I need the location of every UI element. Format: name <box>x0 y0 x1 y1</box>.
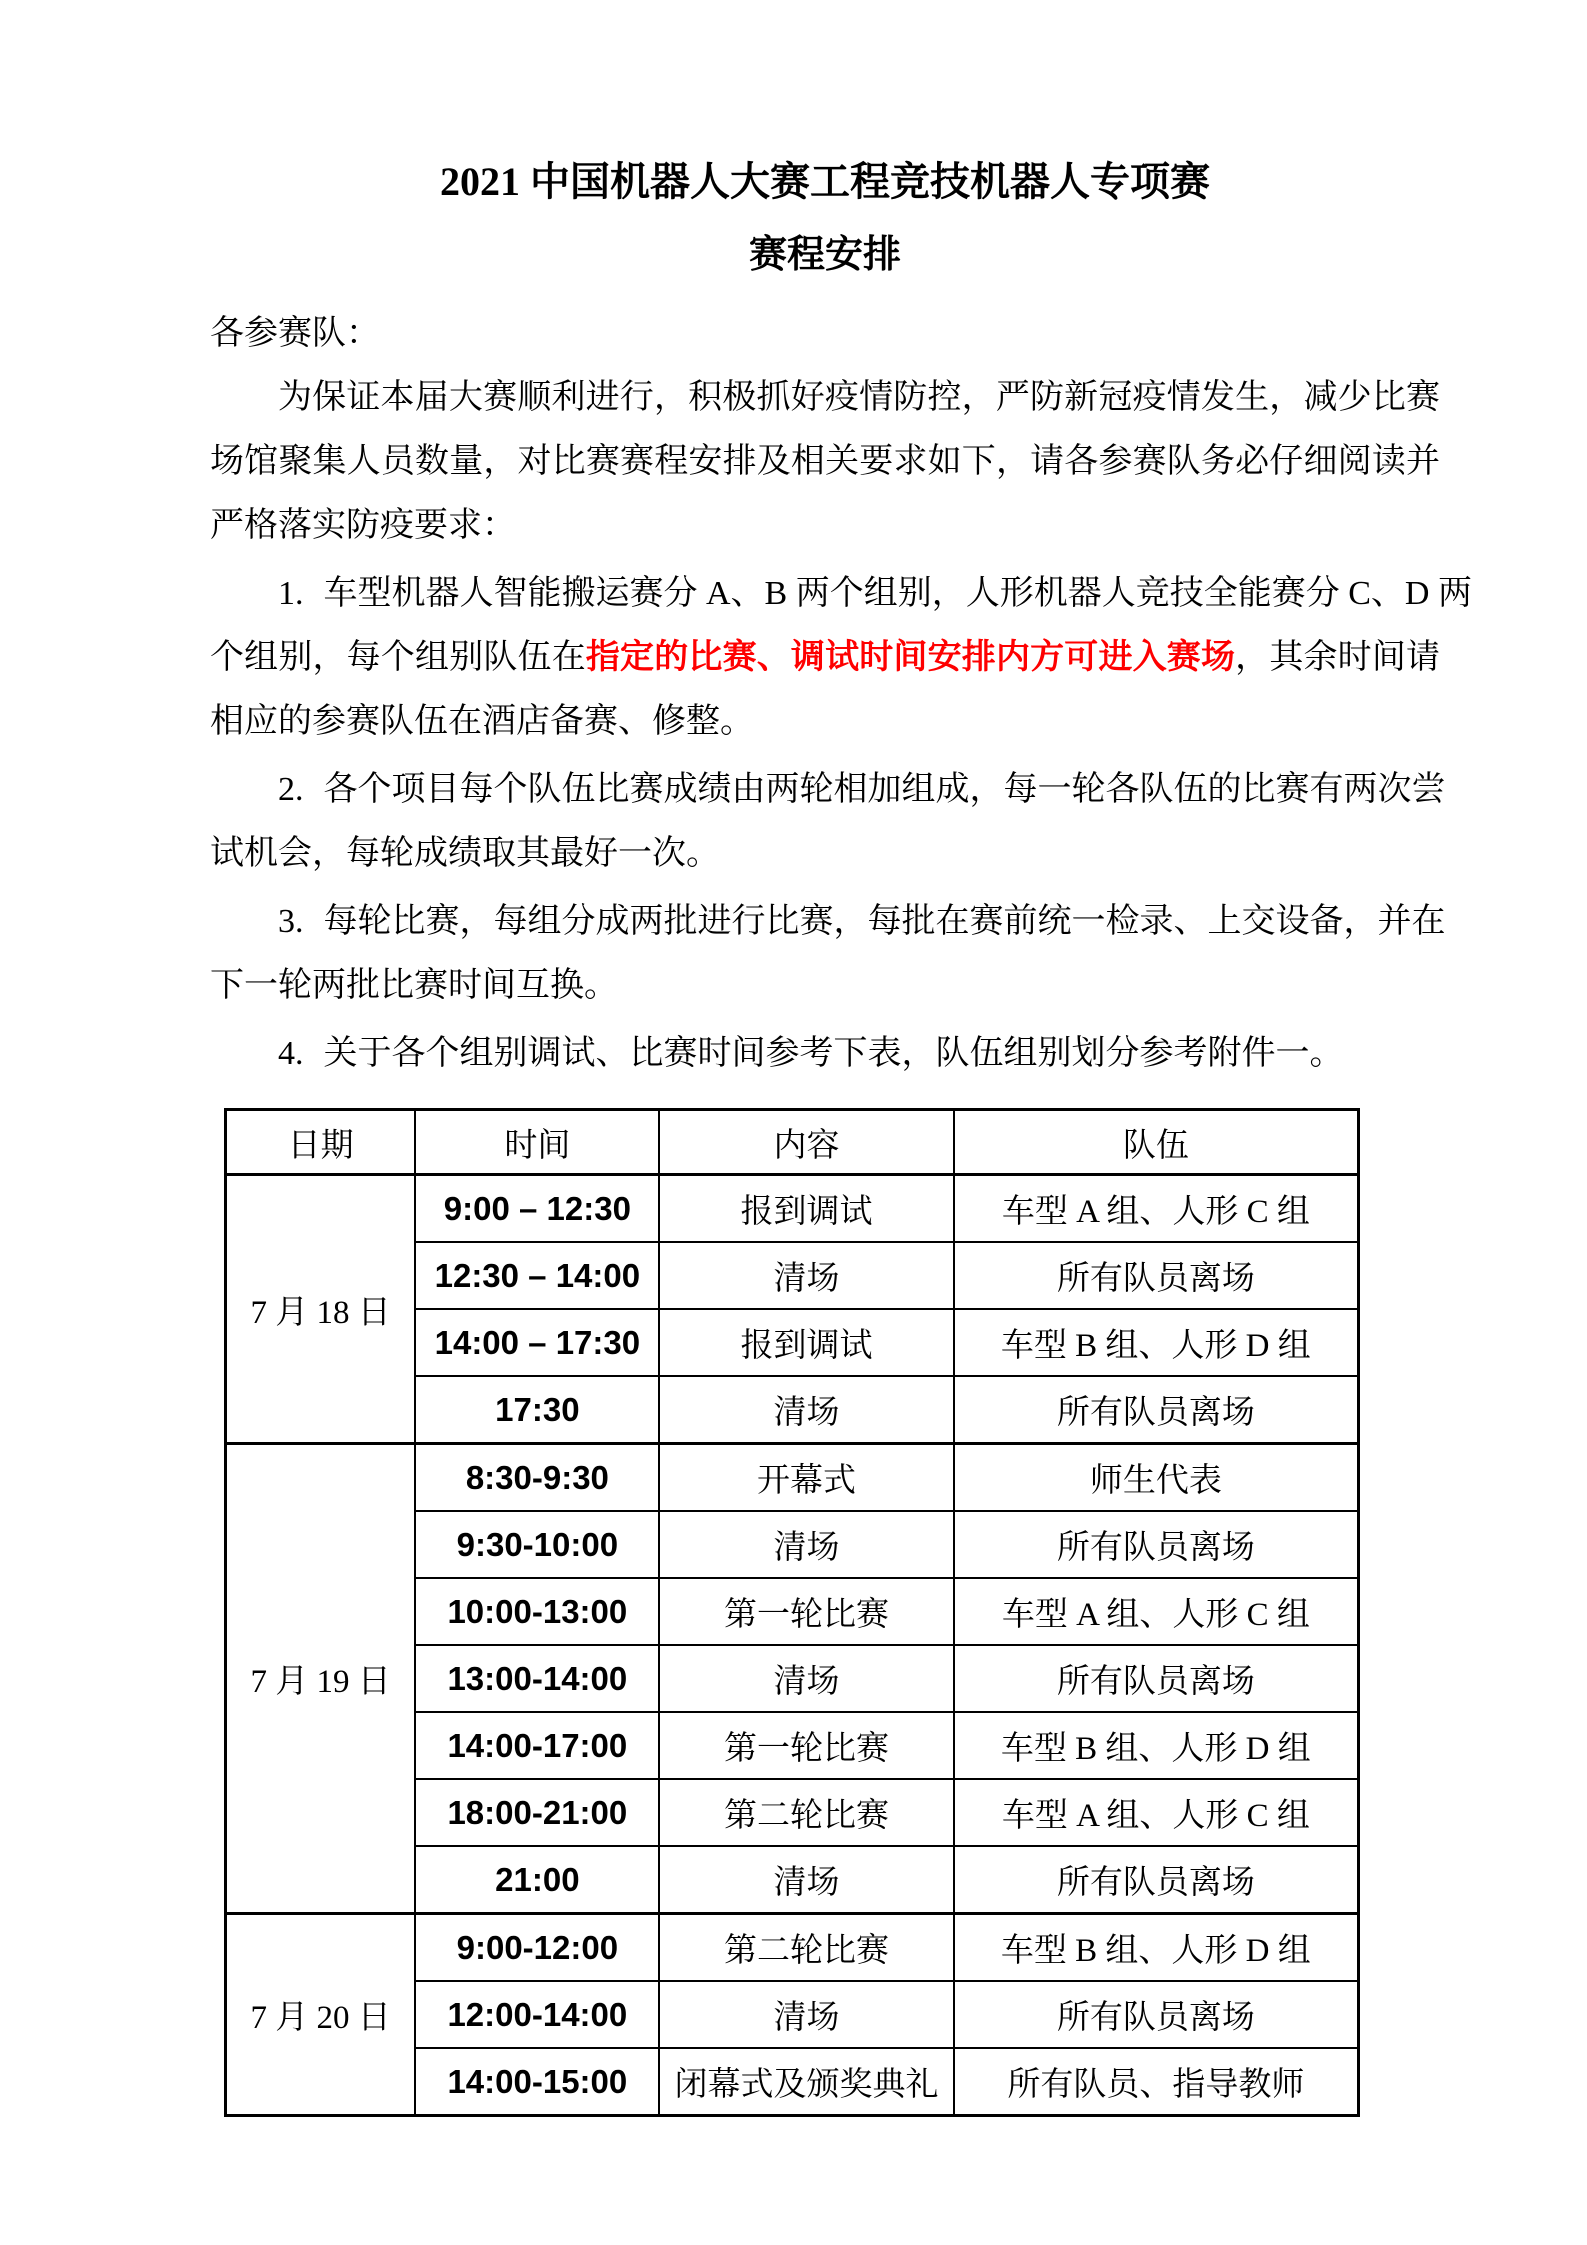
content-cell: 第一轮比赛 <box>659 1578 953 1645</box>
team-cell: 车型 B 组、人形 D 组 <box>954 1712 1359 1779</box>
team-cell: 所有队员离场 <box>954 1376 1359 1444</box>
item-1-line-2-pre: 个组别，每个组别队伍在 <box>210 639 586 676</box>
team-cell: 车型 B 组、人形 D 组 <box>954 1914 1359 1982</box>
content-cell: 第二轮比赛 <box>659 1779 953 1846</box>
item-4-text: 关于各个组别调试、比赛时间参考下表，队伍组别划分参考附件一。 <box>324 1035 1344 1072</box>
team-cell: 所有队员离场 <box>954 1242 1359 1309</box>
content-cell: 开幕式 <box>659 1444 953 1512</box>
content-cell: 清场 <box>659 1376 953 1444</box>
document-body: 各参赛队： 为保证本届大赛顺利进行，积极抓好疫情防控，严防新冠疫情发生，减少比赛… <box>210 302 1440 1086</box>
item-4: 4.关于各个组别调试、比赛时间参考下表，队伍组别划分参考附件一。 <box>210 1022 1440 1086</box>
schedule-table: 日期 时间 内容 队伍 7 月 18 日9:00 – 12:30报到调试车型 A… <box>224 1108 1360 2117</box>
team-cell: 所有队员离场 <box>954 1981 1359 2048</box>
header-content: 内容 <box>659 1110 953 1175</box>
content-cell: 报到调试 <box>659 1175 953 1243</box>
content-cell: 第一轮比赛 <box>659 1712 953 1779</box>
item-2-number: 2. <box>278 771 304 808</box>
team-cell: 车型 A 组、人形 C 组 <box>954 1779 1359 1846</box>
intro-line-3: 严格落实防疫要求： <box>210 494 1440 558</box>
header-time: 时间 <box>415 1110 659 1175</box>
time-cell: 21:00 <box>415 1846 659 1914</box>
header-row: 日期 时间 内容 队伍 <box>226 1110 1359 1175</box>
intro-line-2: 场馆聚集人员数量，对比赛赛程安排及相关要求如下，请各参赛队务必仔细阅读并 <box>210 430 1440 494</box>
team-cell: 所有队员离场 <box>954 1511 1359 1578</box>
page-subtitle: 赛程安排 <box>210 232 1440 278</box>
team-cell: 所有队员离场 <box>954 1645 1359 1712</box>
item-3-line-1: 3.每轮比赛，每组分成两批进行比赛，每批在赛前统一检录、上交设备，并在 <box>210 890 1440 954</box>
item-1-line-1: 1.车型机器人智能搬运赛分 A、B 两个组别，人形机器人竞技全能赛分 C、D 两 <box>210 562 1440 626</box>
header-team: 队伍 <box>954 1110 1359 1175</box>
time-cell: 13:00-14:00 <box>415 1645 659 1712</box>
item-1-text: 车型机器人智能搬运赛分 A、B 两个组别，人形机器人竞技全能赛分 C、D 两 <box>324 575 1472 612</box>
time-cell: 14:00-17:00 <box>415 1712 659 1779</box>
time-cell: 12:30 – 14:00 <box>415 1242 659 1309</box>
intro-line-1: 为保证本届大赛顺利进行，积极抓好疫情防控，严防新冠疫情发生，减少比赛 <box>210 366 1440 430</box>
item-3: 3.每轮比赛，每组分成两批进行比赛，每批在赛前统一检录、上交设备，并在 下一轮两… <box>210 890 1440 1018</box>
item-2: 2.各个项目每个队伍比赛成绩由两轮相加组成，每一轮各队伍的比赛有两次尝 试机会，… <box>210 758 1440 886</box>
time-cell: 18:00-21:00 <box>415 1779 659 1846</box>
item-3-line-2: 下一轮两批比赛时间互换。 <box>210 954 1440 1018</box>
item-1-line-2-post: ，其余时间请 <box>1235 639 1440 676</box>
team-cell: 所有队员、指导教师 <box>954 2048 1359 2116</box>
emphasis-red-text: 指定的比赛、调试时间安排内方可进入赛场 <box>586 639 1235 676</box>
item-1-line-2: 个组别，每个组别队伍在指定的比赛、调试时间安排内方可进入赛场，其余时间请 <box>210 626 1440 690</box>
content-cell: 第二轮比赛 <box>659 1914 953 1982</box>
time-cell: 14:00-15:00 <box>415 2048 659 2116</box>
content-cell: 闭幕式及颁奖典礼 <box>659 2048 953 2116</box>
item-2-line-2: 试机会，每轮成绩取其最好一次。 <box>210 822 1440 886</box>
content-cell: 清场 <box>659 1511 953 1578</box>
schedule-table-header: 日期 时间 内容 队伍 <box>226 1110 1359 1175</box>
content-cell: 清场 <box>659 1645 953 1712</box>
time-cell: 9:00 – 12:30 <box>415 1175 659 1243</box>
document-content: 2021 中国机器人大赛工程竞技机器人专项赛 赛程安排 各参赛队： 为保证本届大… <box>210 0 1440 2117</box>
item-4-number: 4. <box>278 1035 304 1072</box>
document-page: 2021 中国机器人大赛工程竞技机器人专项赛 赛程安排 各参赛队： 为保证本届大… <box>0 0 1587 2245</box>
header-date: 日期 <box>226 1110 416 1175</box>
date-cell: 7 月 18 日 <box>226 1175 416 1444</box>
time-cell: 8:30-9:30 <box>415 1444 659 1512</box>
item-1-number: 1. <box>278 575 304 612</box>
date-cell: 7 月 19 日 <box>226 1444 416 1914</box>
time-cell: 14:00 – 17:30 <box>415 1309 659 1376</box>
salutation: 各参赛队： <box>210 302 1440 366</box>
time-cell: 10:00-13:00 <box>415 1578 659 1645</box>
content-cell: 报到调试 <box>659 1309 953 1376</box>
item-4-line-1: 4.关于各个组别调试、比赛时间参考下表，队伍组别划分参考附件一。 <box>210 1022 1440 1086</box>
team-cell: 车型 A 组、人形 C 组 <box>954 1578 1359 1645</box>
date-cell: 7 月 20 日 <box>226 1914 416 2116</box>
item-2-line-1: 2.各个项目每个队伍比赛成绩由两轮相加组成，每一轮各队伍的比赛有两次尝 <box>210 758 1440 822</box>
item-1: 1.车型机器人智能搬运赛分 A、B 两个组别，人形机器人竞技全能赛分 C、D 两… <box>210 562 1440 754</box>
schedule-table-body: 7 月 18 日9:00 – 12:30报到调试车型 A 组、人形 C 组12:… <box>226 1175 1359 2116</box>
item-2-text: 各个项目每个队伍比赛成绩由两轮相加组成，每一轮各队伍的比赛有两次尝 <box>324 771 1446 808</box>
time-cell: 9:00-12:00 <box>415 1914 659 1982</box>
content-cell: 清场 <box>659 1242 953 1309</box>
time-cell: 9:30-10:00 <box>415 1511 659 1578</box>
content-cell: 清场 <box>659 1846 953 1914</box>
table-row: 7 月 18 日9:00 – 12:30报到调试车型 A 组、人形 C 组 <box>226 1175 1359 1243</box>
time-cell: 12:00-14:00 <box>415 1981 659 2048</box>
page-title: 2021 中国机器人大赛工程竞技机器人专项赛 <box>210 158 1440 206</box>
team-cell: 车型 A 组、人形 C 组 <box>954 1175 1359 1243</box>
intro-paragraph: 为保证本届大赛顺利进行，积极抓好疫情防控，严防新冠疫情发生，减少比赛 场馆聚集人… <box>210 366 1440 558</box>
item-1-line-3: 相应的参赛队伍在酒店备赛、修整。 <box>210 690 1440 754</box>
team-cell: 师生代表 <box>954 1444 1359 1512</box>
table-row: 7 月 20 日9:00-12:00第二轮比赛车型 B 组、人形 D 组 <box>226 1914 1359 1982</box>
time-cell: 17:30 <box>415 1376 659 1444</box>
item-3-text: 每轮比赛，每组分成两批进行比赛，每批在赛前统一检录、上交设备，并在 <box>324 903 1446 940</box>
content-cell: 清场 <box>659 1981 953 2048</box>
team-cell: 所有队员离场 <box>954 1846 1359 1914</box>
item-3-number: 3. <box>278 903 304 940</box>
team-cell: 车型 B 组、人形 D 组 <box>954 1309 1359 1376</box>
table-row: 7 月 19 日8:30-9:30开幕式师生代表 <box>226 1444 1359 1512</box>
